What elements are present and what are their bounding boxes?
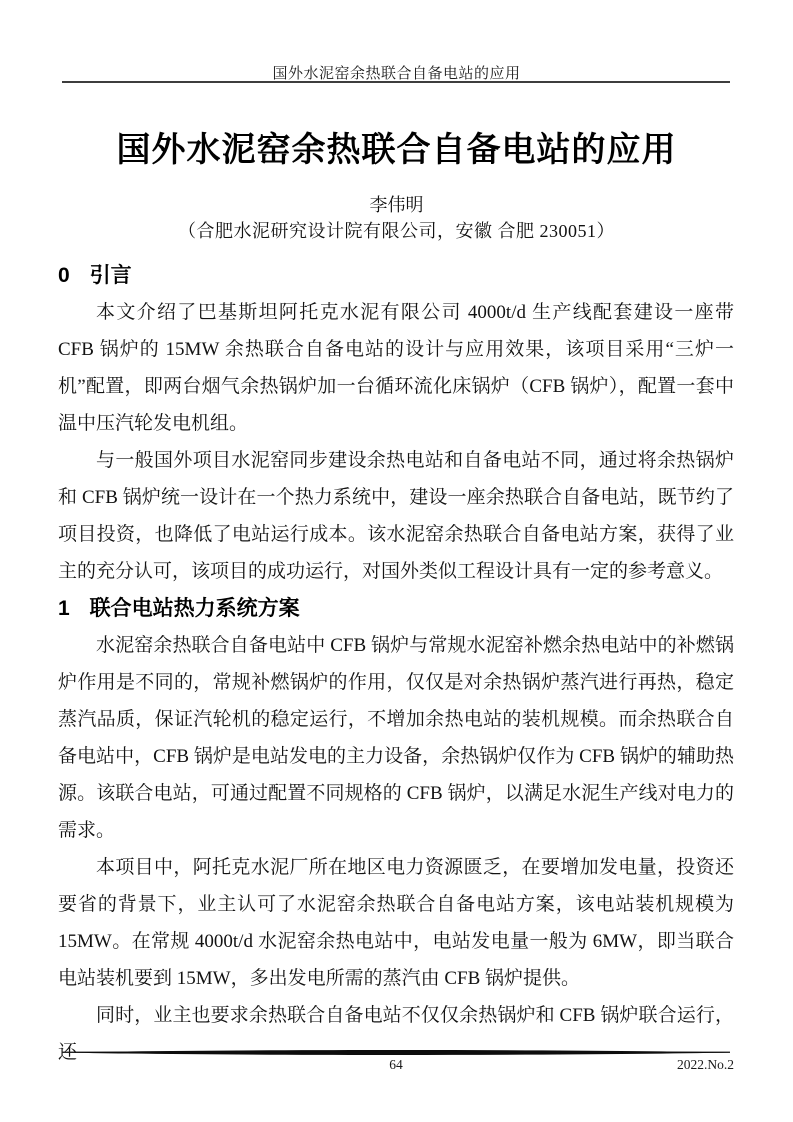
body-paragraph: 本文介绍了巴基斯坦阿托克水泥有限公司 4000t/d 生产线配套建设一座带 CF… [58, 294, 734, 442]
section-number: 0 [58, 257, 70, 294]
document-body: 0引言 本文介绍了巴基斯坦阿托克水泥有限公司 4000t/d 生产线配套建设一座… [58, 257, 734, 1071]
section-number: 1 [58, 590, 70, 627]
footer-rule [62, 1048, 730, 1057]
body-paragraph: 本项目中，阿托克水泥厂所在地区电力资源匮乏，在要增加发电量，投资还要省的背景下，… [58, 849, 734, 997]
body-paragraph: 与一般国外项目水泥窑同步建设余热电站和自备电站不同，通过将余热锅炉和 CFB 锅… [58, 442, 734, 590]
section-title: 引言 [90, 264, 132, 287]
document-page: 国外水泥窑余热联合自备电站的应用 国外水泥窑余热联合自备电站的应用 李伟明 （合… [0, 0, 793, 1122]
section-heading-thermal-system: 1联合电站热力系统方案 [58, 590, 734, 627]
section-heading-introduction: 0引言 [58, 257, 734, 294]
header-rule [62, 81, 730, 83]
running-header: 国外水泥窑余热联合自备电站的应用 [0, 62, 793, 83]
section-title: 联合电站热力系统方案 [90, 597, 300, 620]
page-number: 64 [62, 1057, 730, 1073]
body-paragraph: 水泥窑余热联合自备电站中 CFB 锅炉与常规水泥窑补燃余热电站中的补燃锅炉作用是… [58, 627, 734, 849]
journal-issue: 2022.No.2 [677, 1057, 734, 1073]
author-affiliation: （合肥水泥研究设计院有限公司，安徽 合肥 230051） [0, 217, 793, 243]
author-name: 李伟明 [0, 191, 793, 217]
page-footer: 64 2022.No.2 [62, 1057, 734, 1077]
page-title: 国外水泥窑余热联合自备电站的应用 [0, 122, 793, 171]
